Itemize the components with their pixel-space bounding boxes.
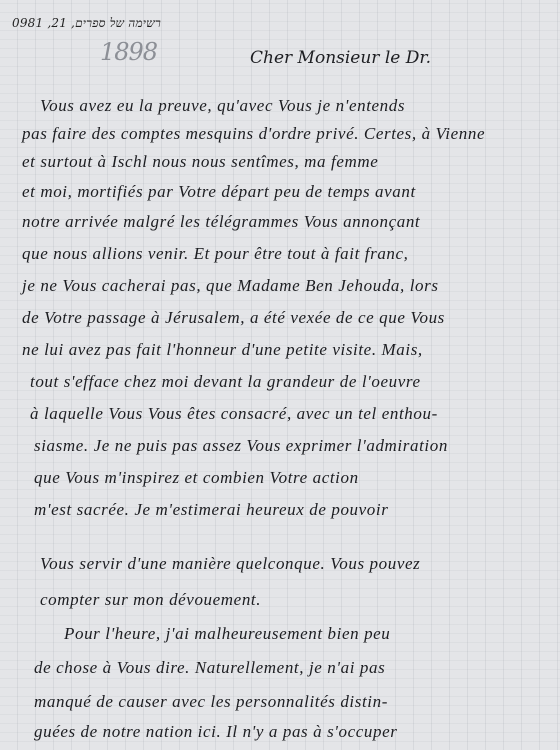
- letter-line: et surtout à Ischl nous nous sentîmes, m…: [22, 152, 378, 172]
- letter-line: que nous allions venir. Et pour être tou…: [22, 244, 409, 264]
- letter-line: Vous servir d'une manière quelconque. Vo…: [40, 554, 420, 574]
- letter-line: que Vous m'inspirez et combien Votre act…: [34, 468, 359, 488]
- letter-line: m'est sacrée. Je m'estimerai heureux de …: [34, 500, 388, 520]
- letter-line: ne lui avez pas fait l'honneur d'une pet…: [22, 340, 423, 360]
- letter-line: notre arrivée malgré les télégrammes Vou…: [22, 212, 420, 232]
- letter-line: siasme. Je ne puis pas assez Vous exprim…: [34, 436, 448, 456]
- letter-line: tout s'efface chez moi devant la grandeu…: [30, 372, 421, 392]
- letter-line: Vous avez eu la preuve, qu'avec Vous je …: [40, 96, 405, 116]
- salutation: Cher Monsieur le Dr.: [250, 48, 431, 68]
- letter-line: pas faire des comptes mesquins d'ordre p…: [22, 124, 485, 144]
- letter-line: de Votre passage à Jérusalem, a été vexé…: [22, 308, 445, 328]
- letter-line: je ne Vous cacherai pas, que Madame Ben …: [22, 276, 439, 296]
- letter-line: de chose à Vous dire. Naturellement, je …: [34, 658, 385, 678]
- archival-note-hebrew: רשימה של ספרים, 12, 1890: [12, 16, 161, 31]
- letter-line: à laquelle Vous Vous êtes consacré, avec…: [30, 404, 438, 424]
- letter-line: guées de notre nation ici. Il n'y a pas …: [34, 722, 397, 742]
- letter-line: Pour l'heure, j'ai malheureusement bien …: [64, 624, 390, 644]
- letter-line: manqué de causer avec les personnalités …: [34, 692, 388, 712]
- letter-line: et moi, mortifiés par Votre départ peu d…: [22, 182, 416, 202]
- year-annotation: 1898: [100, 38, 157, 66]
- letter-page: רשימה של ספרים, 12, 1890 1898 Cher Monsi…: [0, 0, 560, 750]
- letter-line: compter sur mon dévouement.: [40, 590, 261, 610]
